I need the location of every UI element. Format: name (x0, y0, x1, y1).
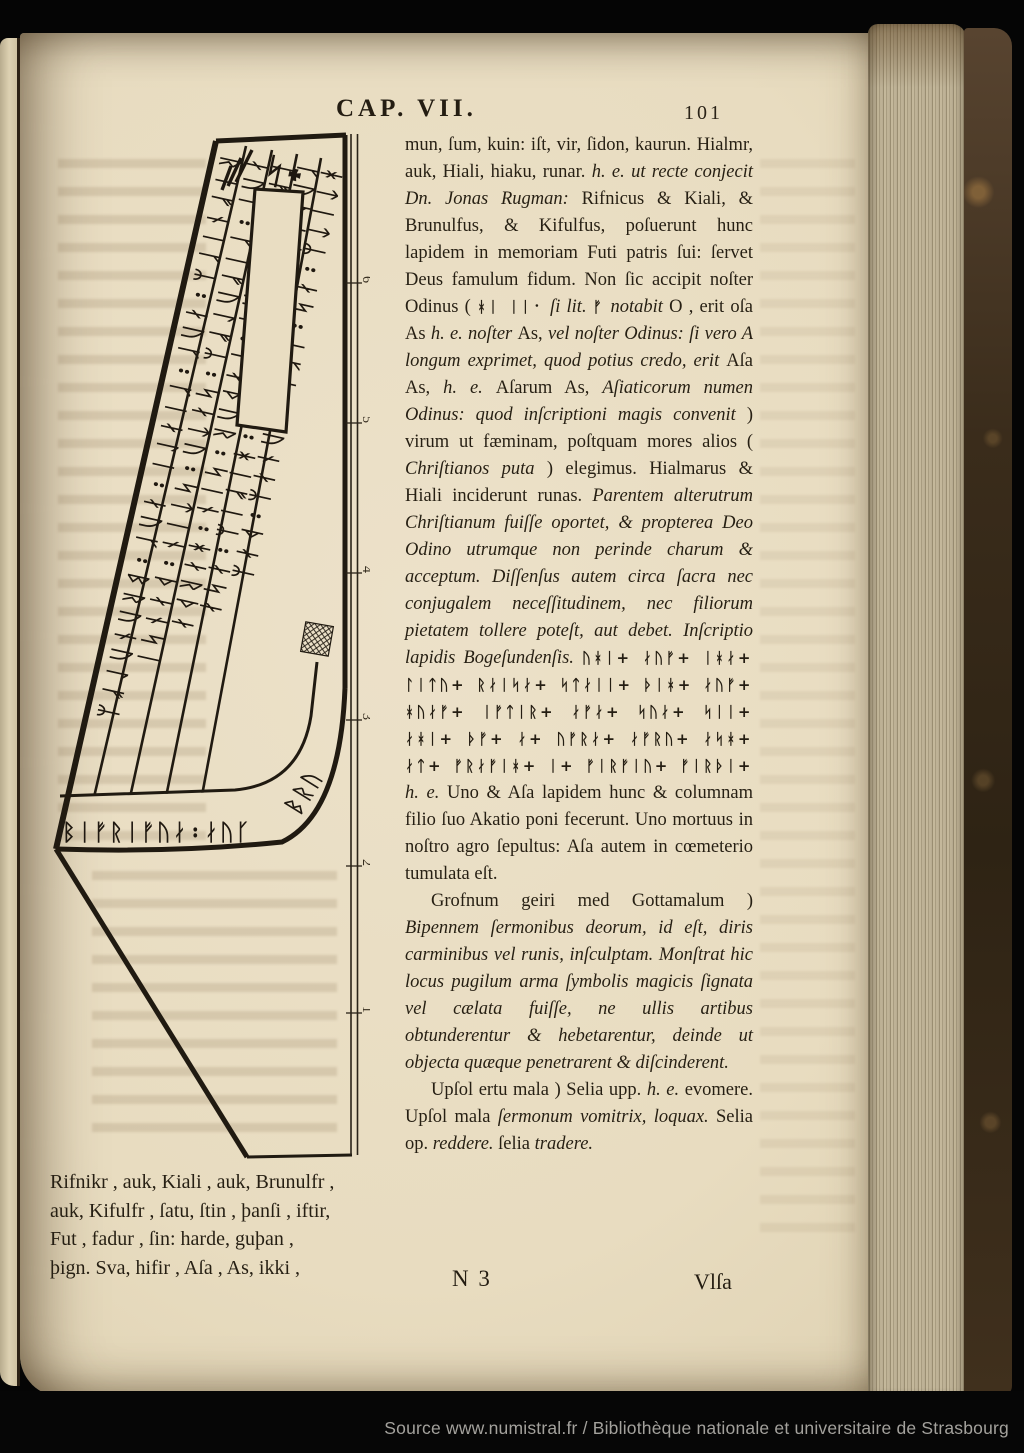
transliteration-line: Fut , fadur , ſin: harde, guþan , (50, 1225, 402, 1254)
runic-text-run: ᚠ (593, 298, 605, 316)
footer-credit-text: Source www.numistral.fr / Bibliothèque n… (384, 1418, 1009, 1439)
runestone-woodcut-figure: ᚱᛁᚠᚾᛁᚴᛦ᛬ᛅᚢᚴ᛬ᚴᛁᛅᛚᛁ᛬ᛅᚢᚴ᛬ᛒᚱᚢᚾᚢᛚᚠᛦ ᛅᚢᚴ᛬ᚴᛁᚠᚢᛚ… (40, 128, 370, 1176)
ruler-ticks (346, 283, 362, 1013)
text-run: ſelia (494, 1134, 535, 1154)
rune-band-curve: ᛒᚱᚢ (281, 765, 328, 819)
chapter-heading: CAP. VII. (336, 95, 477, 123)
text-run: Upſol ertu mala ) Selia upp. (431, 1080, 647, 1100)
ruler-number: 2 (359, 859, 370, 866)
text-run: Chriſtianos puta (405, 459, 547, 479)
book-cover-edge (964, 28, 1012, 1396)
catchword: Vlſa (694, 1269, 732, 1295)
text-run: Grofnum geiri med Gottamalum ) (431, 891, 753, 911)
text-run: h. e. (443, 378, 496, 398)
text-run: ſi lit. (544, 297, 593, 317)
paragraph: mun, ſum, kuin: iſt, vir, ſidon, kaurun.… (405, 132, 753, 888)
ruler-numbers: 6 5 4 3 2 1 (359, 276, 370, 1013)
signature-mark: N 3 (452, 1266, 492, 1292)
runic-text-run: ᚼᛁ ᛁᛁ᛫ (477, 298, 544, 316)
transliteration-line: Rifnikr , auk, Kiali , auk, Brunulfr , (50, 1168, 402, 1197)
transliteration-line: þign. Sva, hifir , Aſa , As, ikki , (50, 1254, 402, 1283)
text-run: h. e. (647, 1080, 679, 1100)
hatch-patch (301, 622, 334, 656)
text-run: ſermonum vomitrix, loquax. (498, 1107, 709, 1127)
text-run: Aſarum As, (496, 378, 603, 398)
text-run: h. e. (405, 783, 439, 803)
bottom-band-group: ᛒᛁᚠᚱᛁᚠᚢᛅ᛬ᛅᚢᚴ ᛒᚱᚢ (62, 765, 328, 846)
previous-page-edge (0, 38, 20, 1386)
ruler-number: 3 (359, 713, 370, 720)
text-run: tradere. (535, 1134, 593, 1154)
bottom-left-transliteration: Rifnikr , auk, Kiali , auk, Brunulfr ,au… (50, 1168, 402, 1282)
page-number: 101 (684, 102, 723, 125)
text-run: Bipennem ſermonibus deorum, id eſt, diri… (405, 918, 753, 1073)
ruler-number: 4 (359, 566, 370, 573)
text-run: h. e. noſter (431, 324, 518, 344)
text-run: Uno & Aſa lapidem hunc & columnam filio … (405, 783, 753, 884)
paragraph: Upſol ertu mala ) Selia upp. h. e. evome… (405, 1077, 753, 1158)
ruler-number: 1 (359, 1006, 370, 1013)
right-column: mun, ſum, kuin: iſt, vir, ſidon, kaurun.… (405, 132, 753, 1158)
book-fore-edge-pages (868, 24, 966, 1396)
text-run: notabit (604, 297, 669, 317)
ruler-number: 6 (359, 276, 370, 283)
transliteration-line: auk, Kifulfr , ſatu, ſtin , þanſi , ifti… (50, 1197, 402, 1226)
text-run: As, (518, 324, 548, 344)
text-run: reddere. (433, 1134, 494, 1154)
ruler-number: 5 (359, 416, 370, 423)
text-run: Parentem alterutrum Chriſtianum fuiſſe o… (405, 486, 753, 668)
paragraph: Grofnum geiri med Gottamalum ) Bipennem … (405, 888, 753, 1077)
measure-ruler: 6 5 4 3 2 1 (346, 134, 370, 1155)
rune-bands-group: ᚱᛁᚠᚾᛁᚴᛦ᛬ᛅᚢᚴ᛬ᚴᛁᛅᛚᛁ᛬ᛅᚢᚴ᛬ᛒᚱᚢᚾᚢᛚᚠᛦ ᛅᚢᚴ᛬ᚴᛁᚠᚢᛚ… (84, 146, 346, 849)
scanned-book-photo: { "header": { "chapter": "CAP. VII.", "p… (0, 0, 1024, 1453)
rune-band-bottom: ᛒᛁᚠᚱᛁᚠᚢᛅ᛬ᛅᚢᚴ (62, 820, 252, 846)
